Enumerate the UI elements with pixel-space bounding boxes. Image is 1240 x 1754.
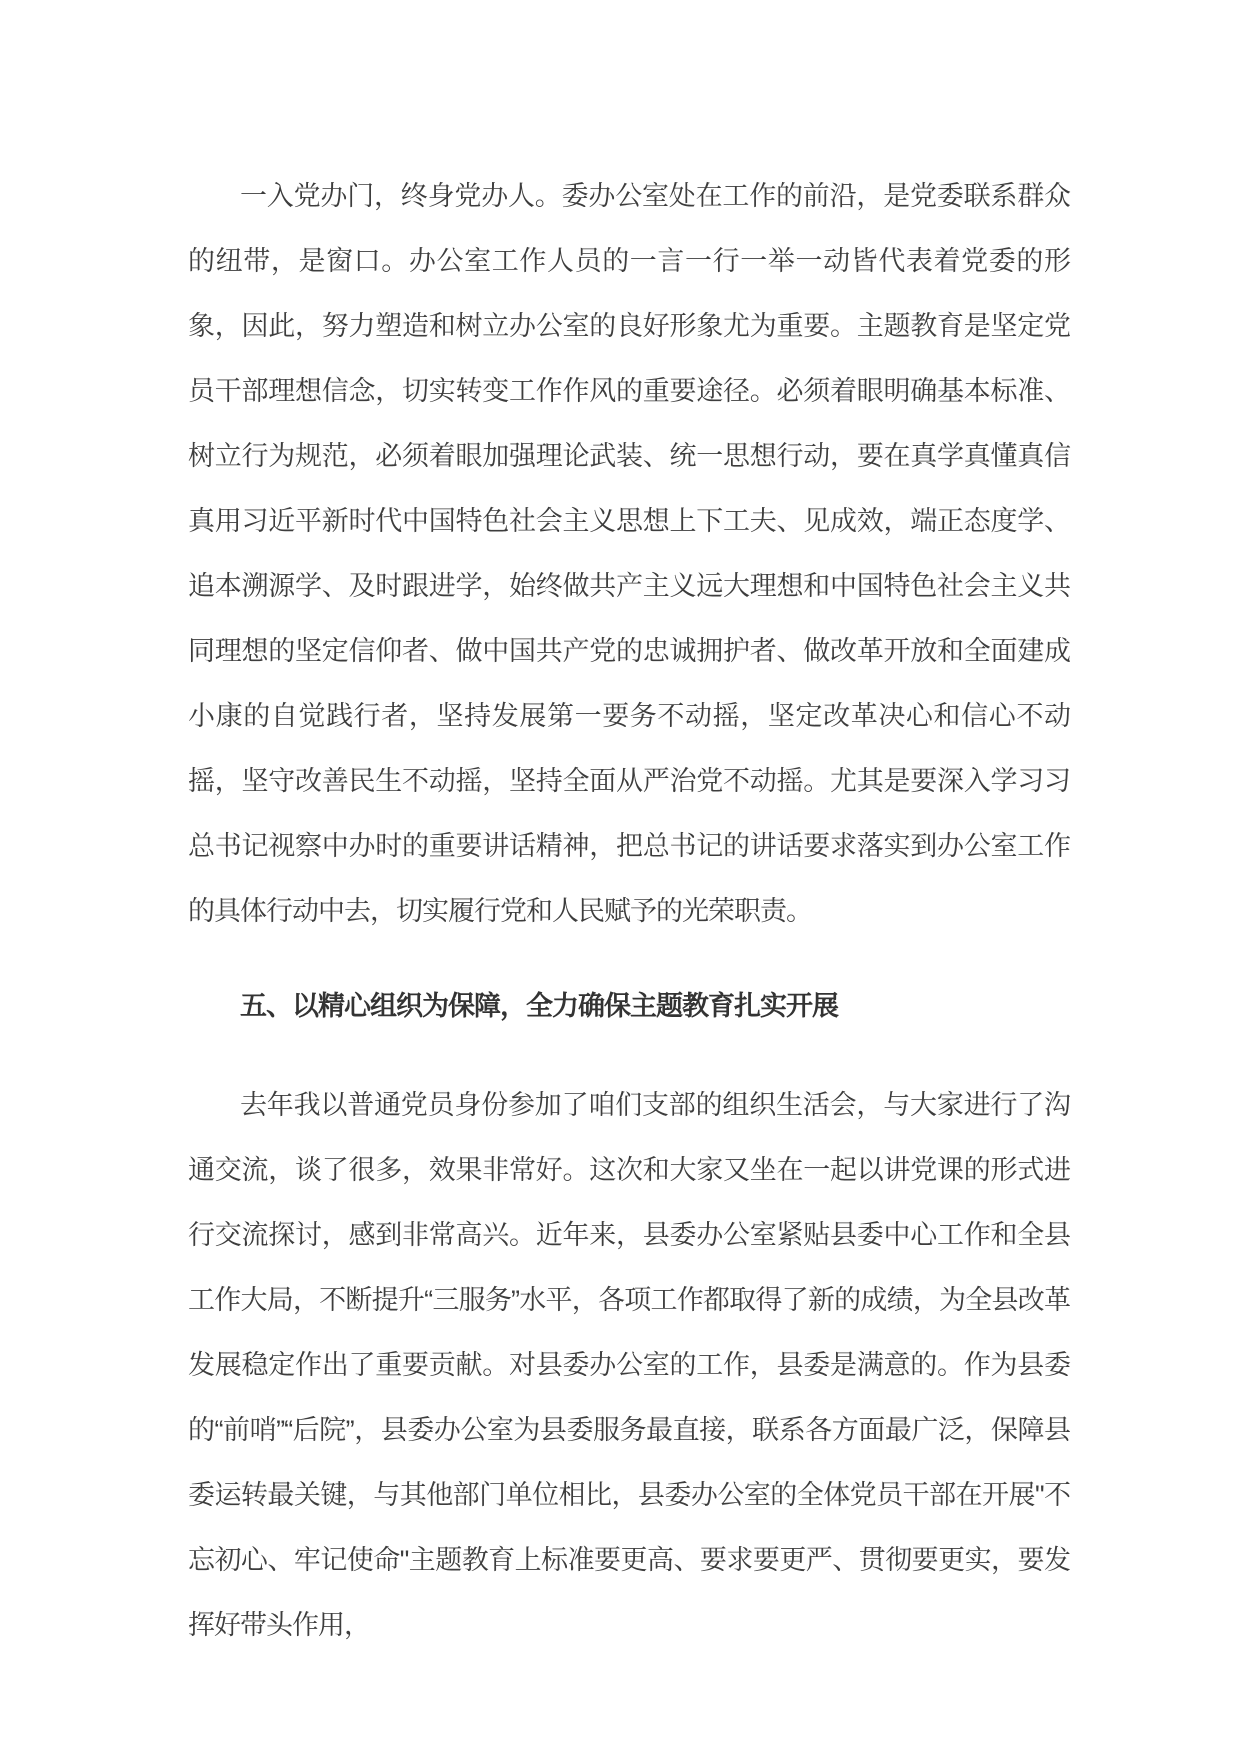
paragraph-2: 去年我以普通党员身份参加了咱们支部的组织生活会，与大家进行了沟通交流，谈了很多，…: [188, 1073, 1070, 1658]
paragraph-1: 一入党办门，终身党办人。委办公室处在工作的前沿，是党委联系群众的纽带，是窗口。办…: [188, 164, 1070, 944]
document-page: 一入党办门，终身党办人。委办公室处在工作的前沿，是党委联系群众的纽带，是窗口。办…: [0, 0, 1240, 1754]
section-heading: 五、以精心组织为保障，全力确保主题教育扎实开展: [188, 974, 1070, 1039]
